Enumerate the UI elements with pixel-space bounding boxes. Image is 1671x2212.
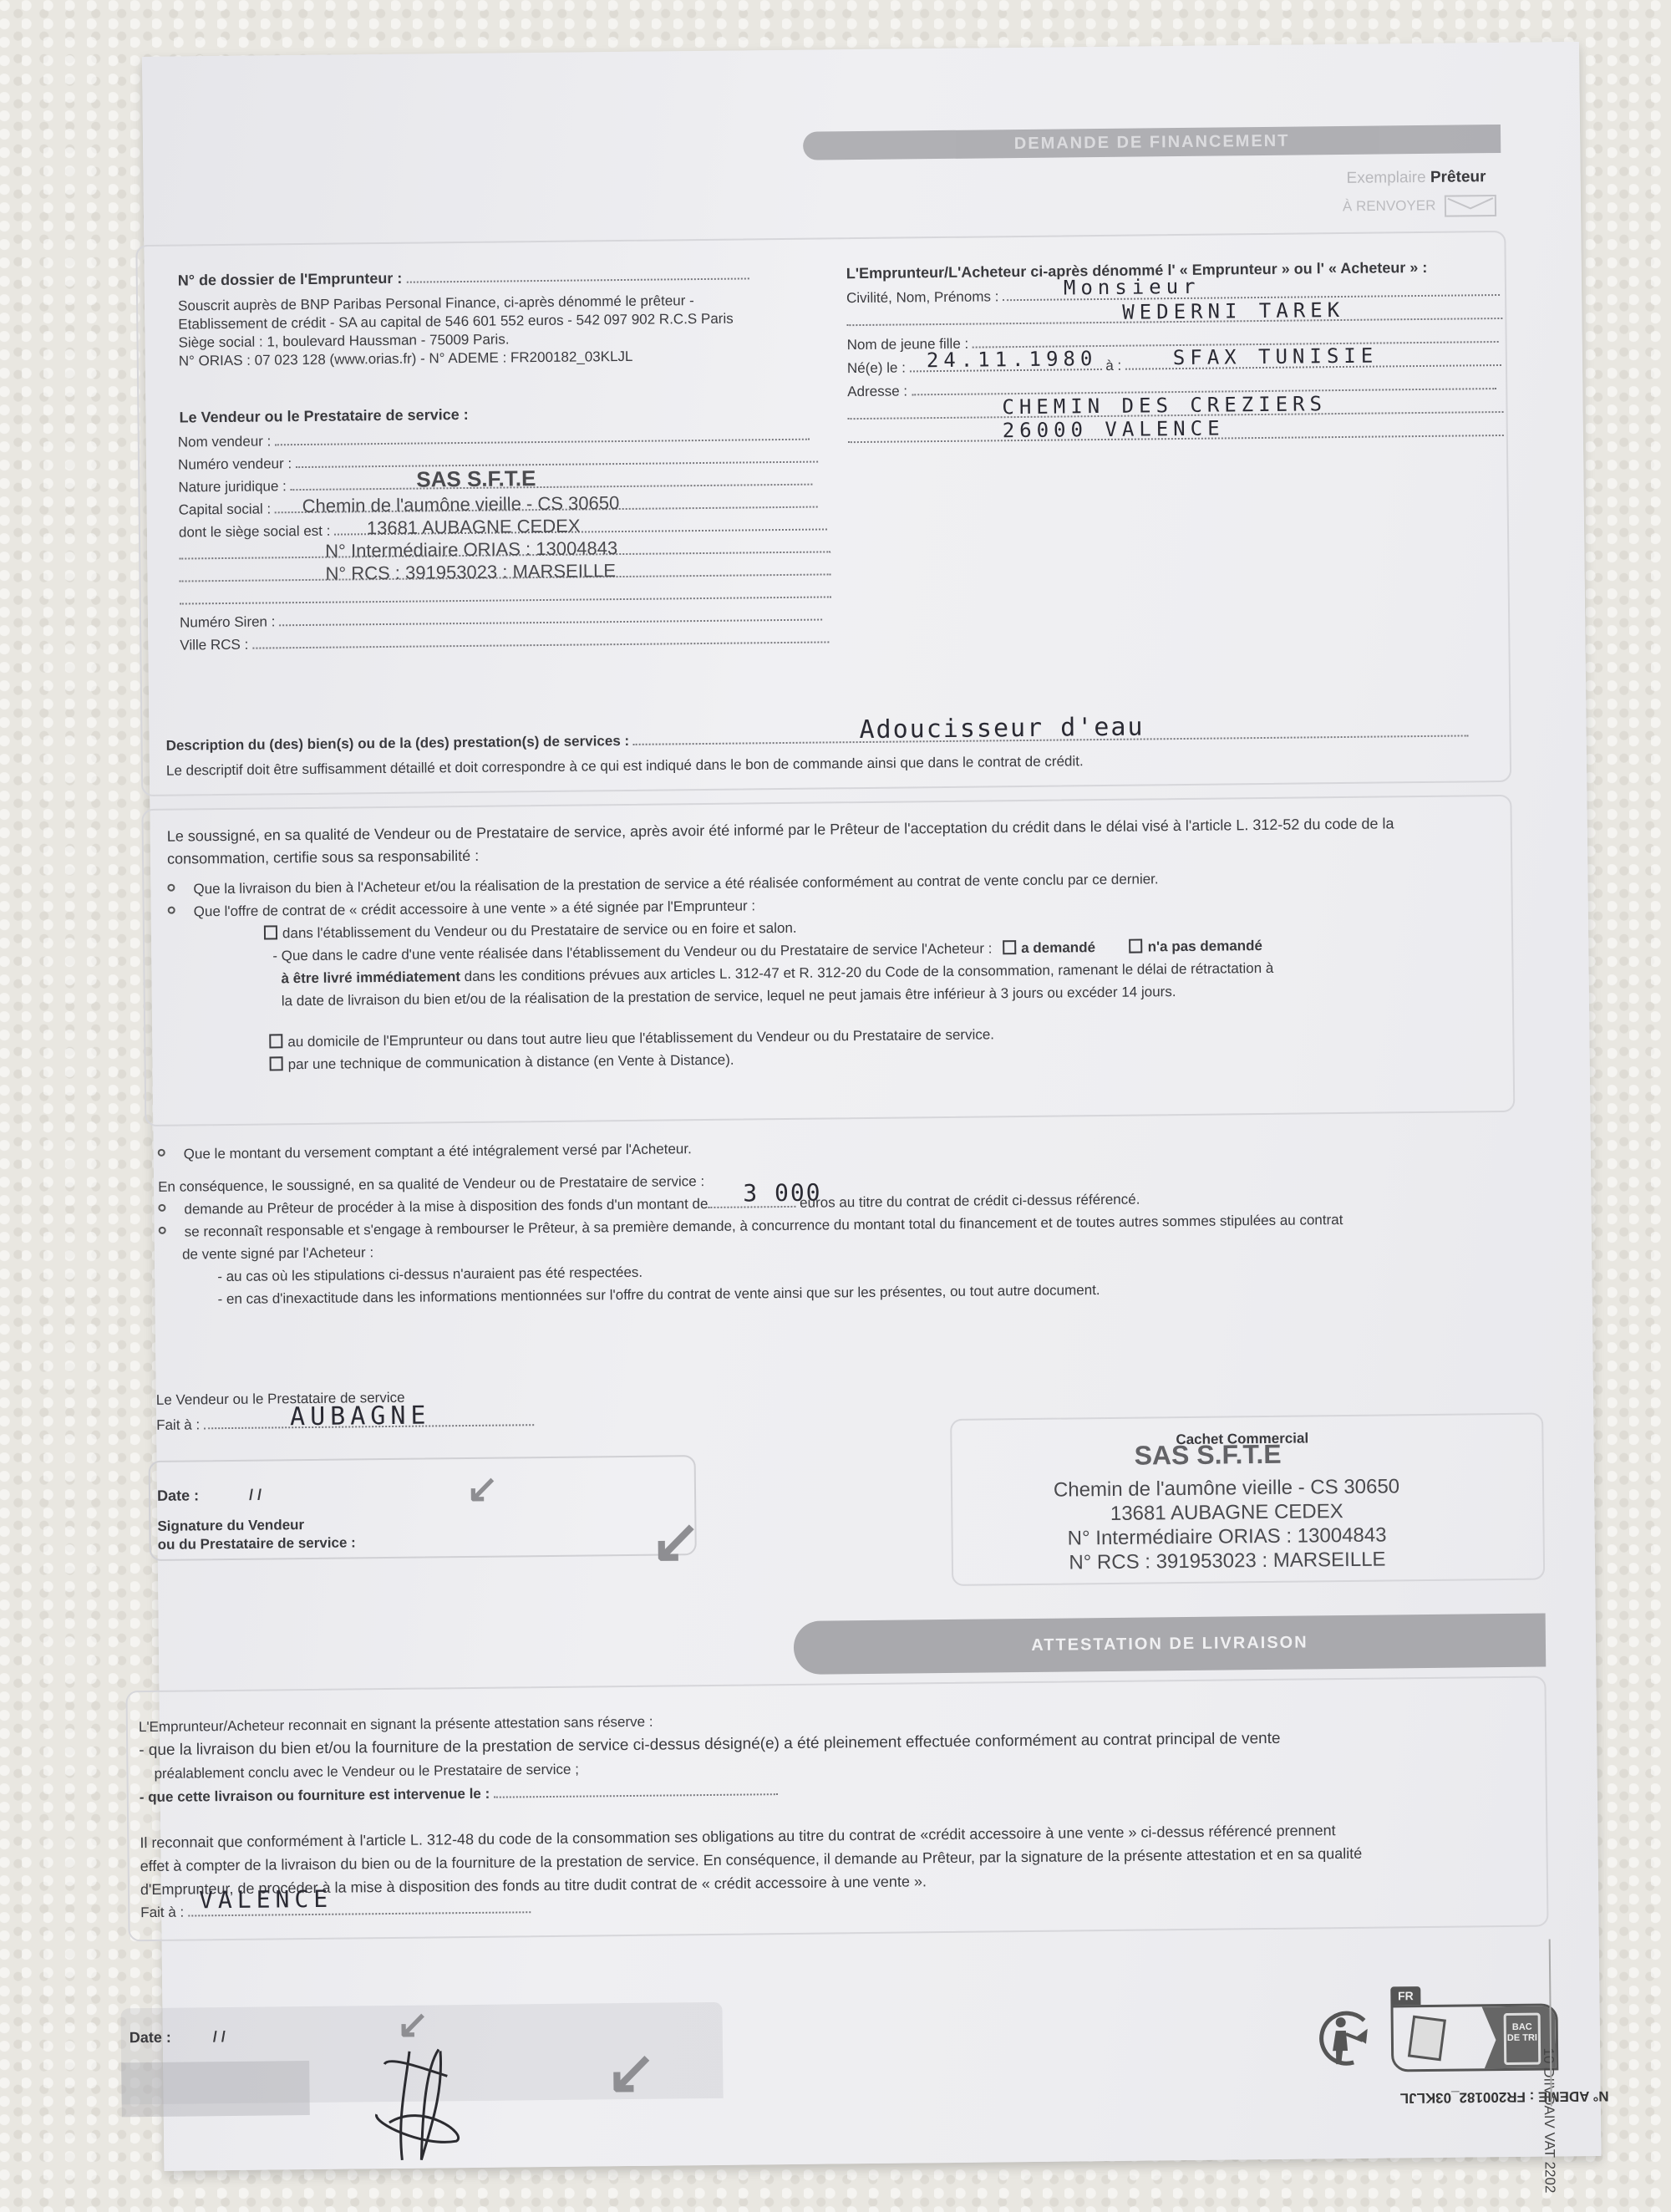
bullet-icon — [159, 1227, 166, 1234]
exemplaire-text: Exemplaire — [1346, 169, 1425, 187]
certification-bullets: Que la livraison du bien à l'Acheteur et… — [167, 867, 1274, 1077]
arrow-down-left-icon: ↙ — [396, 2001, 429, 2047]
paper-doc-icon — [1408, 2016, 1446, 2062]
siege-social-value[interactable]: 13681 AUBAGNE CEDEX — [367, 515, 581, 540]
arrow-down-left-icon: ↙ — [606, 2037, 657, 2108]
lender-info: Souscrit auprès de BNP Paribas Personal … — [178, 292, 734, 371]
date-value: / / — [213, 2028, 226, 2045]
recycle-person-icon — [1315, 2004, 1374, 2070]
capital-social-label: Capital social : — [179, 501, 272, 517]
address-line1-value[interactable]: CHEMIN DES CREZIERS — [1002, 392, 1327, 419]
stamp-line: Chemin de l'aumône vieille - CS 30650 — [1009, 1474, 1444, 1503]
bin-icon: BAC DE TRI — [1504, 2013, 1541, 2065]
siren-input[interactable] — [279, 619, 822, 627]
civility-label: Civilité, Nom, Prénoms : — [846, 288, 999, 306]
option-a-demande-label: a demandé — [1021, 939, 1095, 956]
send-text: À RENVOYER — [1343, 197, 1436, 214]
birth-place-value[interactable]: SFAX TUNISIE — [1173, 344, 1379, 370]
option-distance-label: par une technique de communication à dis… — [288, 1052, 734, 1073]
orias-value[interactable]: N° Intermédiaire ORIAS : 13004843 — [325, 536, 617, 562]
siren-label: Numéro Siren : — [180, 613, 276, 630]
numero-vendeur-input[interactable] — [296, 461, 818, 469]
rcs-value[interactable]: N° RCS : 391953023 : MARSEILLE — [325, 559, 616, 585]
consequence-block: Que le montant du versement comptant a é… — [158, 1131, 1344, 1311]
fait-label: Fait à : — [156, 1416, 200, 1433]
option-pas-demande-label: n'a pas demandé — [1148, 938, 1262, 954]
envelope-icon — [1445, 195, 1496, 217]
bullet-icon — [158, 1149, 165, 1157]
demande-text: demande au Prêteur de procéder à la mise… — [184, 1196, 708, 1218]
stamp-details: Chemin de l'aumône vieille - CS 30650 13… — [1009, 1474, 1445, 1575]
attestation-item: - que cette livraison ou fourniture est … — [140, 1786, 490, 1805]
delivery-date-input[interactable] — [494, 1793, 778, 1798]
bullet-text: Que l'offre de contrat de « crédit acces… — [194, 898, 756, 919]
bullet-icon — [158, 1204, 165, 1212]
ville-rcs-input[interactable] — [252, 641, 829, 648]
bullet-text: Que le montant du versement comptant a é… — [184, 1141, 692, 1162]
document-page: DEMANDE DE FINANCEMENT Exemplaire Prêteu… — [142, 42, 1601, 2171]
side-footer-text: 10 DIIVDAIV VAT 2202 — [1540, 2047, 1558, 2193]
birth-date-label: Né(e) le : — [847, 359, 906, 376]
checkbox-distance[interactable] — [270, 1056, 283, 1070]
signature-grey-block — [121, 2061, 310, 2117]
nom-vendeur-input[interactable] — [275, 439, 810, 446]
banner-title: DEMANDE DE FINANCEMENT — [1014, 132, 1290, 153]
capital-social-value[interactable]: Chemin de l'aumône vieille - CS 30650 — [302, 491, 619, 517]
arrow-down-left-icon: ↙ — [650, 1505, 701, 1576]
date-label: Date : — [130, 2029, 171, 2047]
fr-recycling-badge: FR BAC DE TRI — [1390, 1985, 1558, 2074]
birth-place-label: à : — [1105, 358, 1121, 374]
exemplaire-label: Exemplaire Prêteur — [1346, 168, 1486, 188]
livre-bold-text: à être livré immédiatement — [281, 969, 460, 986]
signature-label-line: Signature du Vendeur — [157, 1515, 355, 1535]
borrower-fait-value[interactable]: VALENCE — [199, 1888, 333, 1913]
arrow-down-left-icon: ↙ — [466, 1466, 499, 1511]
bullet-icon — [167, 884, 175, 892]
checkbox-etablissement[interactable] — [264, 925, 277, 939]
address-line2-value[interactable]: 26000 VALENCE — [1003, 416, 1225, 442]
seller-signature-label: Signature du Vendeur ou du Prestataire d… — [157, 1515, 356, 1553]
option-domicile-label: au domicile de l'Emprunteur ou dans tout… — [287, 1026, 994, 1050]
numero-vendeur-label: Numéro vendeur : — [178, 455, 292, 472]
option-etablissement-label: dans l'établissement du Vendeur ou du Pr… — [282, 920, 797, 941]
attestation-text: L'Emprunteur/Acheteur reconnait en signa… — [139, 1703, 1363, 1925]
seller-fait-field: Fait à : AUBAGNE — [156, 1413, 534, 1434]
fait-label: Fait à : — [140, 1904, 184, 1921]
amount-value[interactable]: 3 000 — [743, 1182, 822, 1205]
name-value[interactable]: WEDERNI TAREK — [1122, 298, 1344, 324]
civility-value[interactable]: Monsieur — [1064, 275, 1201, 300]
nature-juridique-value[interactable]: SAS S.F.T.E — [416, 467, 536, 491]
nature-juridique-label: Nature juridique : — [178, 478, 287, 495]
signature-label-line: ou du Prestataire de service : — [158, 1533, 356, 1553]
bullet-icon — [168, 907, 175, 914]
date-value: / / — [249, 1487, 262, 1503]
ademe-footer-text: N° ADEME : FR200182_03KLJL — [1400, 2087, 1609, 2107]
handwritten-signature — [372, 2042, 482, 2169]
dossier-input[interactable] — [406, 277, 749, 282]
triman-logo — [1315, 2004, 1374, 2070]
birth-date-value[interactable]: 24.11.1980 — [927, 347, 1098, 372]
header-banner: DEMANDE DE FINANCEMENT — [803, 125, 1501, 160]
attestation-banner: ATTESTATION DE LIVRAISON — [794, 1614, 1547, 1675]
seller-fields: Nom vendeur : Numéro vendeur : Nature ju… — [178, 424, 841, 656]
send-label: À RENVOYER — [1343, 195, 1496, 218]
seller-heading: Le Vendeur ou le Prestataire de service … — [179, 406, 468, 427]
nom-vendeur-label: Nom vendeur : — [178, 433, 272, 450]
checkbox-a-demande[interactable] — [1003, 940, 1016, 954]
dossier-label: N° de dossier de l'Emprunteur : — [178, 270, 403, 289]
siege-social-label: dont le siège social est : — [179, 523, 331, 541]
ville-rcs-label: Ville RCS : — [180, 637, 248, 653]
checkbox-domicile[interactable] — [269, 1034, 282, 1048]
attestation-title: ATTESTATION DE LIVRAISON — [1031, 1633, 1308, 1654]
borrower-date-field[interactable]: Date : / / — [130, 2028, 226, 2047]
stamp-line: N° RCS : 391953023 : MARSEILLE — [1010, 1547, 1445, 1575]
address-label: Adresse : — [847, 383, 907, 399]
seller-date-field[interactable]: Date : / / — [157, 1487, 262, 1505]
fr-badge: FR — [1390, 1986, 1420, 2005]
date-label: Date : — [157, 1487, 199, 1504]
seller-fait-value[interactable]: AUBAGNE — [290, 1401, 431, 1431]
description-value[interactable]: Adoucisseur d'eau — [859, 712, 1144, 745]
stamp-company: SAS S.F.T.E — [1134, 1439, 1281, 1472]
checkbox-pas-demande[interactable] — [1130, 939, 1143, 953]
exemplaire-recipient: Prêteur — [1430, 168, 1486, 186]
borrower-fields: Civilité, Nom, Prénoms : Monsieur WEDERN… — [846, 280, 1508, 450]
demande-post-text: euros au titre du contrat de crédit ci-d… — [800, 1192, 1140, 1211]
